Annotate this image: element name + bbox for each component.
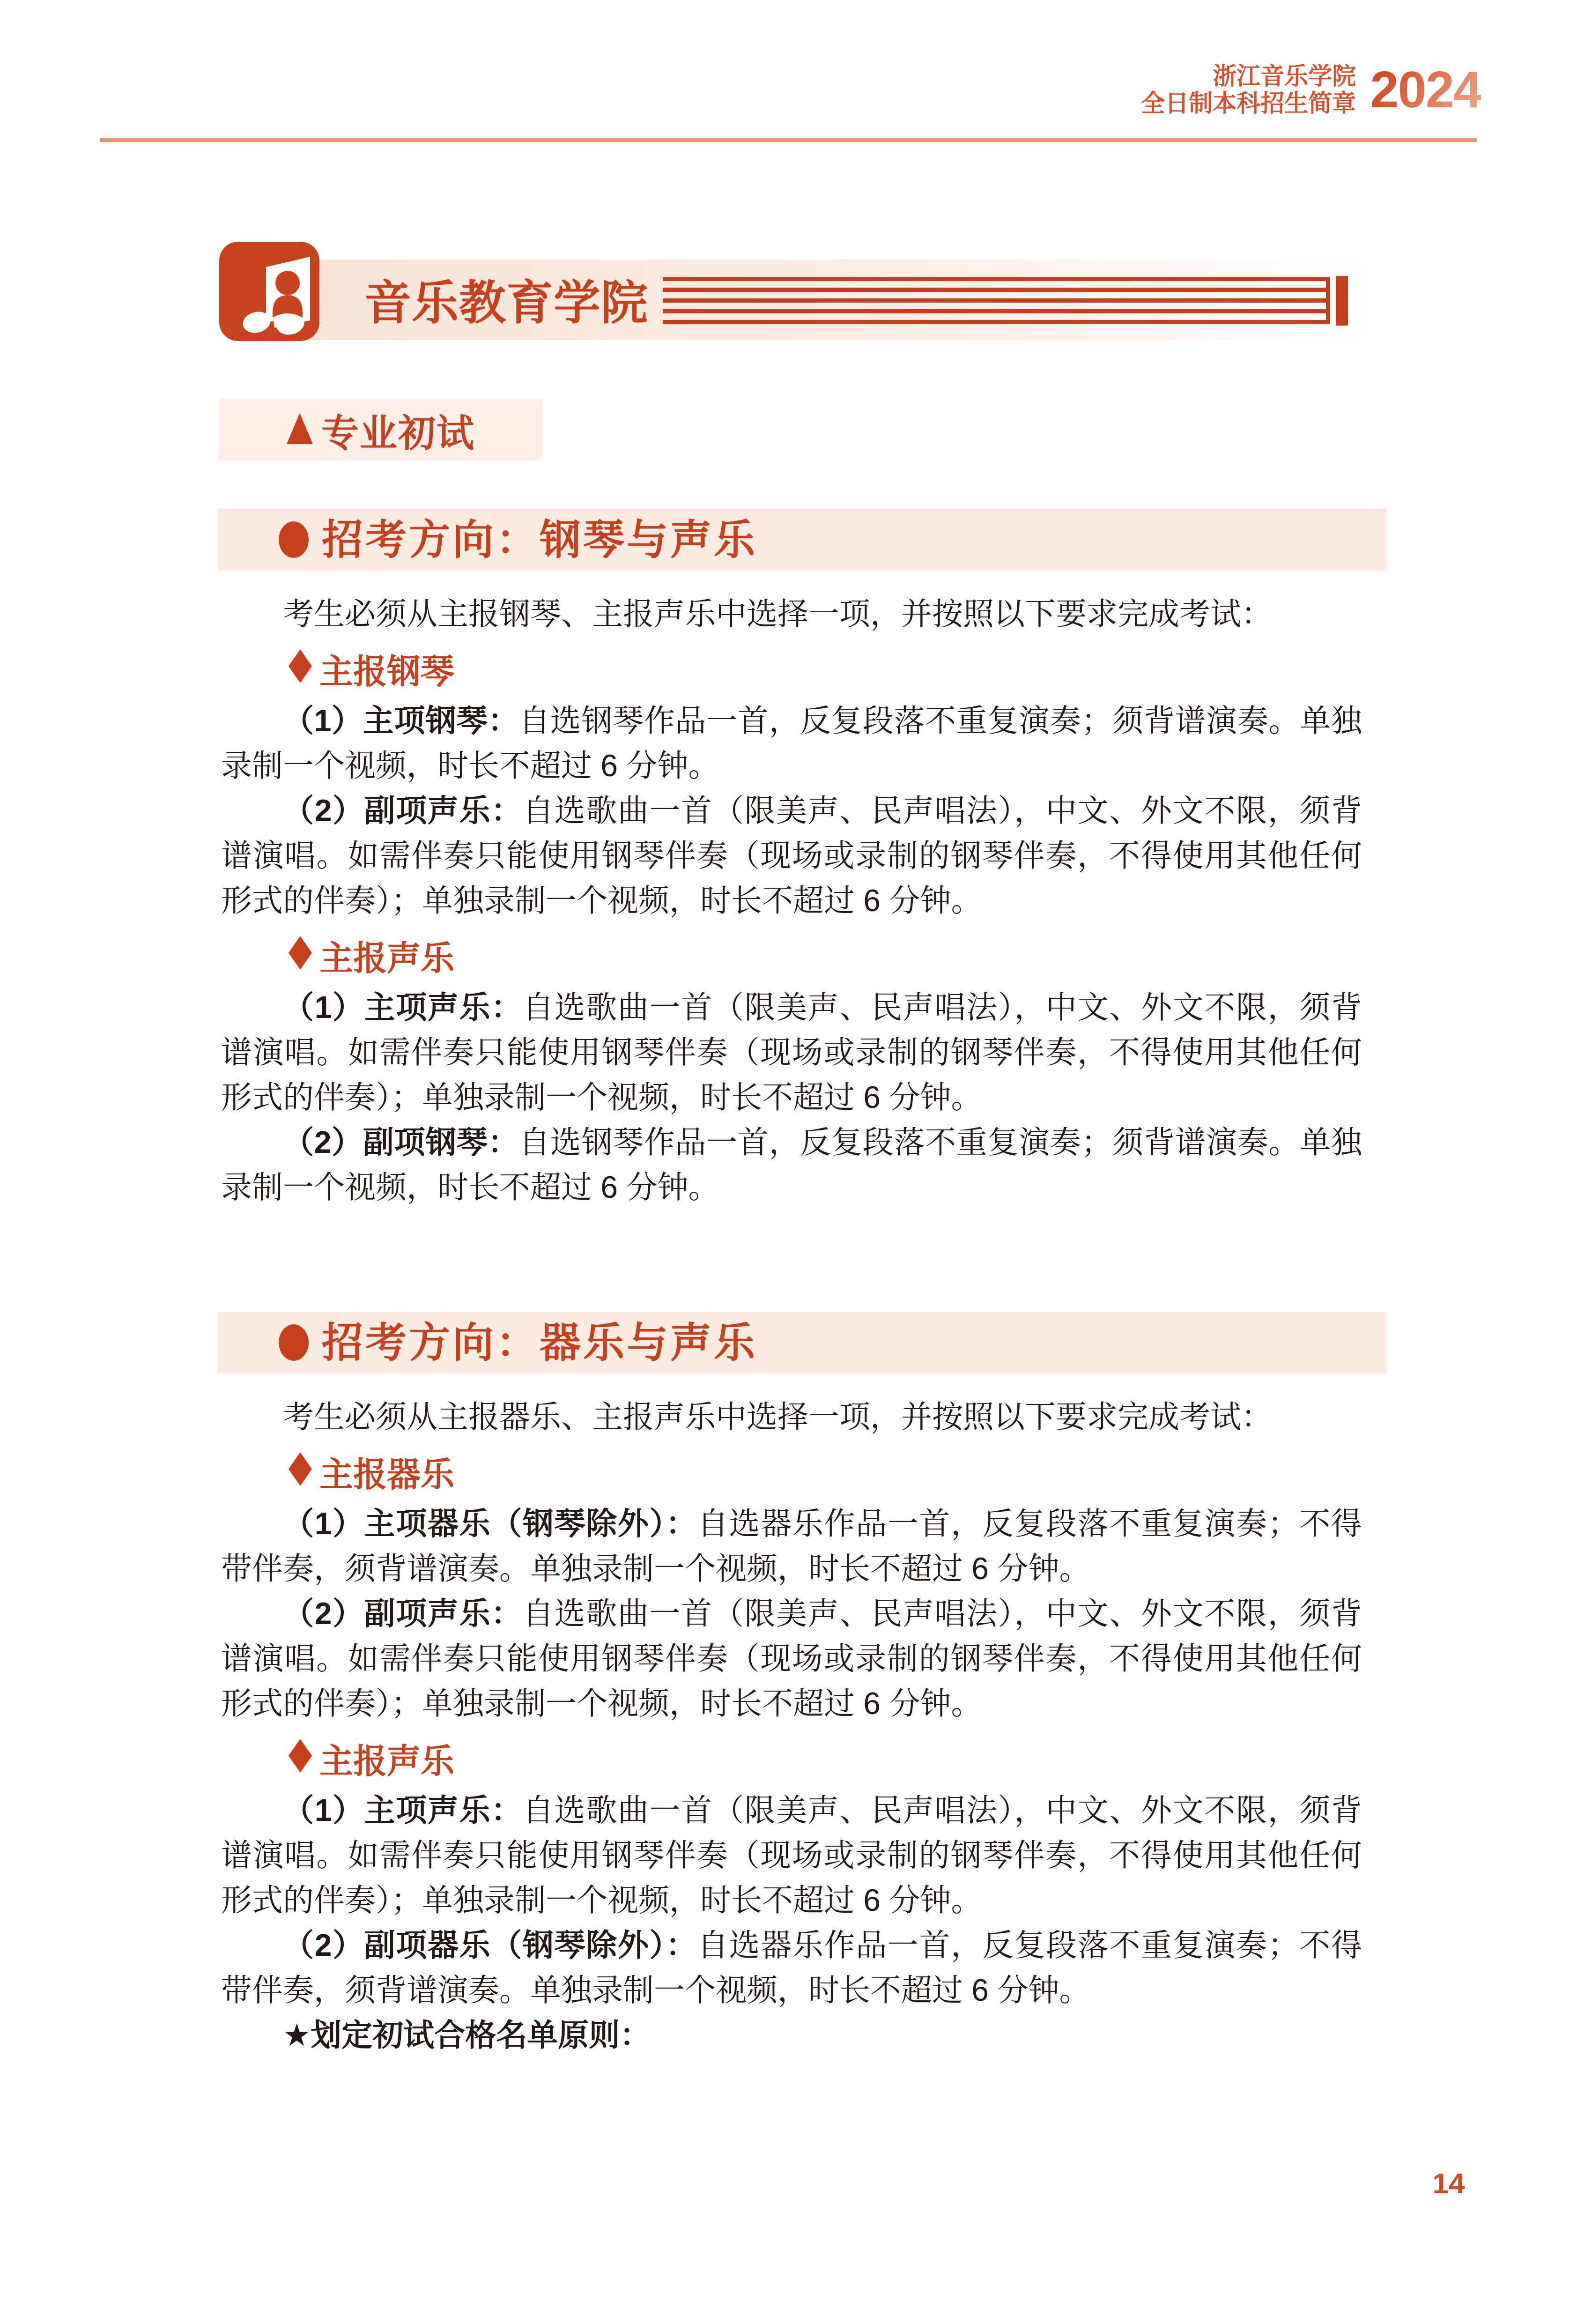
direction-intro: 考生必须从主报器乐、主报声乐中选择一项，并按照以下要求完成考试：	[221, 1394, 1362, 1439]
header-titles: 浙江音乐学院 全日制本科招生简章	[1141, 63, 1356, 117]
exam-item: （1）主项钢琴：自选钢琴作品一首，反复段落不重复演奏；须背谱演奏。单独录制一个视…	[221, 698, 1362, 788]
item-label: （2）副项声乐：	[283, 1596, 523, 1631]
exam-item: （2）副项声乐：自选歌曲一首（限美声、民声唱法），中文、外文不限，须背谱演唱。如…	[221, 788, 1362, 923]
direction-title: 招考方向：钢琴与声乐	[322, 517, 757, 562]
item-label: （2）副项器乐（钢琴除外）：	[283, 1928, 697, 1962]
star-note-text: 划定初试合格名单原则：	[311, 2018, 651, 2052]
page-number: 14	[1428, 2167, 1470, 2200]
exam-item: （1）主项声乐：自选歌曲一首（限美声、民声唱法），中文、外文不限，须背谱演唱。如…	[221, 985, 1362, 1120]
item-label: （2）副项声乐：	[283, 793, 523, 828]
direction-intro: 考生必须从主报钢琴、主报声乐中选择一项，并按照以下要求完成考试：	[221, 591, 1362, 636]
exam-stage-box: 专业初试	[219, 399, 542, 460]
group-title: 主报器乐	[319, 1452, 454, 1497]
brochure-name: 全日制本科招生简章	[1141, 90, 1356, 117]
star-icon: ★	[283, 2018, 311, 2052]
group-head-main-instrument: 主报器乐	[289, 1452, 1362, 1497]
group-title: 主报声乐	[319, 1739, 454, 1784]
group-head-main-piano: 主报钢琴	[289, 649, 1362, 694]
shortlist-principle-note: ★划定初试合格名单原则：	[221, 2012, 1362, 2057]
exam-item: （2）副项器乐（钢琴除外）：自选器乐作品一首，反复段落不重复演奏；不得带伴奏，须…	[221, 1923, 1362, 2012]
exam-item: （1）主项器乐（钢琴除外）：自选器乐作品一首，反复段落不重复演奏；不得带伴奏，须…	[221, 1501, 1362, 1591]
page-header: 浙江音乐学院 全日制本科招生简章 2024	[1141, 60, 1481, 119]
section-piano-vocal: 招考方向：钢琴与声乐 考生必须从主报钢琴、主报声乐中选择一项，并按照以下要求完成…	[221, 509, 1362, 1210]
school-name: 浙江音乐学院	[1141, 63, 1356, 90]
exam-stage-title: 专业初试	[321, 403, 475, 457]
music-note-person-icon	[219, 242, 319, 341]
group-head-main-vocal: 主报声乐	[289, 936, 1362, 981]
direction-title: 招考方向：器乐与声乐	[322, 1320, 757, 1365]
bullet-circle-icon	[279, 1324, 309, 1361]
triangle-icon	[287, 413, 313, 446]
college-title: 音乐教育学院	[364, 265, 648, 333]
exam-item: （2）副项声乐：自选歌曲一首（限美声、民声唱法），中文、外文不限，须背谱演唱。如…	[221, 1591, 1362, 1726]
direction-bar: 招考方向：钢琴与声乐	[218, 509, 1387, 571]
group-title: 主报钢琴	[319, 649, 454, 694]
item-label: （1）主项器乐（钢琴除外）：	[283, 1506, 697, 1541]
item-label: （1）主项声乐：	[283, 1793, 523, 1827]
item-label: （2）副项钢琴：	[283, 1125, 519, 1159]
diamond-icon	[289, 649, 312, 694]
group-title: 主报声乐	[319, 936, 454, 981]
bullet-circle-icon	[279, 521, 309, 558]
diamond-icon	[289, 1452, 312, 1497]
diamond-icon	[289, 936, 312, 981]
item-label: （1）主项声乐：	[283, 990, 523, 1025]
year-label: 2024	[1370, 60, 1481, 119]
exam-item: （1）主项声乐：自选歌曲一首（限美声、民声唱法），中文、外文不限，须背谱演唱。如…	[221, 1788, 1362, 1923]
item-label: （1）主项钢琴：	[283, 703, 519, 738]
section-instrumental-vocal: 招考方向：器乐与声乐 考生必须从主报器乐、主报声乐中选择一项，并按照以下要求完成…	[221, 1312, 1362, 2057]
header-divider	[100, 138, 1477, 142]
exam-item: （2）副项钢琴：自选钢琴作品一首，反复段落不重复演奏；须背谱演奏。单独录制一个视…	[221, 1120, 1362, 1210]
main-content: 招考方向：钢琴与声乐 考生必须从主报钢琴、主报声乐中选择一项，并按照以下要求完成…	[221, 509, 1362, 2057]
staff-lines-decoration	[663, 276, 1349, 329]
diamond-icon	[289, 1739, 312, 1784]
group-head-main-vocal: 主报声乐	[289, 1739, 1362, 1784]
direction-bar: 招考方向：器乐与声乐	[218, 1312, 1387, 1374]
